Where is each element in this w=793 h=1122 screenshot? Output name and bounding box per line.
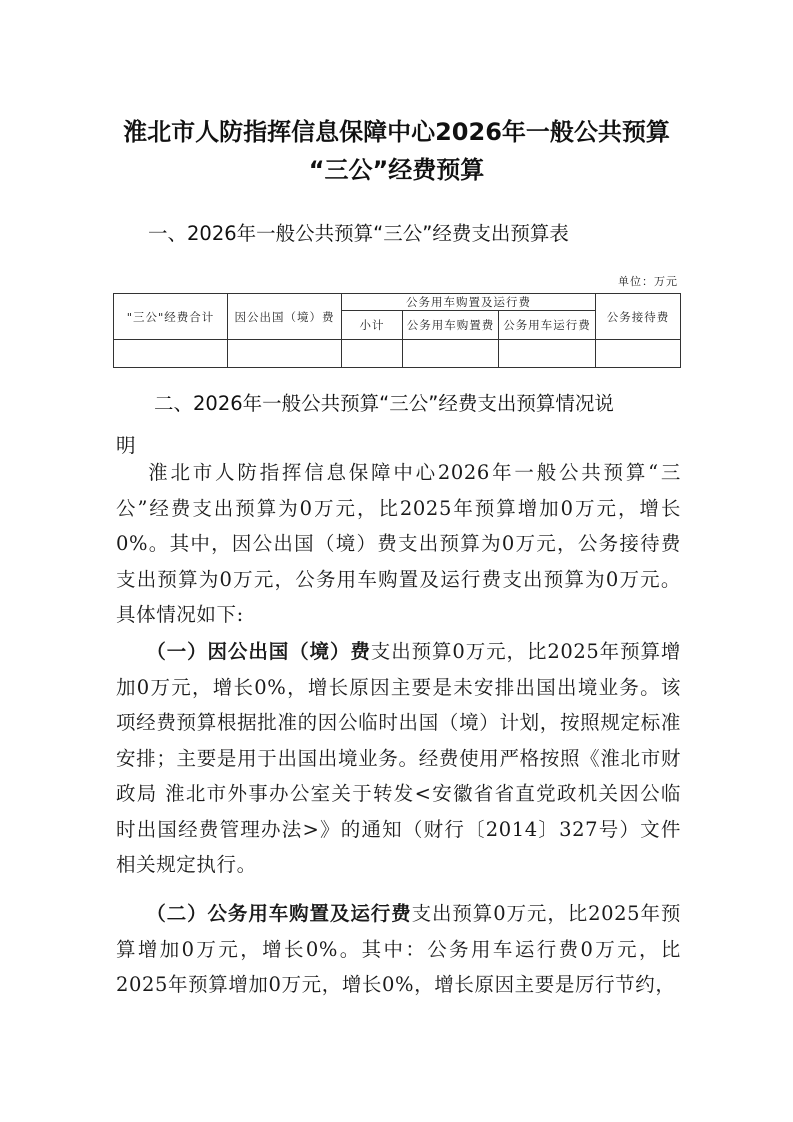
document-title-line1: 淮北市人防指挥信息保障中心2026年一般公共预算 — [0, 112, 793, 147]
header-vehicle-purchase: 公务用车购置费 — [403, 311, 499, 340]
header-vehicle-group: 公务用车购置及运行费 — [342, 294, 596, 311]
cell-total — [114, 340, 228, 368]
table-row — [114, 340, 681, 368]
item1-text: 支出预算0万元，比2025年预算增加0万元，增长0%，增长原因主要是未安排出国出… — [116, 640, 681, 876]
table-header-row: "三公"经费合计 因公出国（境）费 公务用车购置及运行费 公务接待费 — [114, 294, 681, 311]
cell-abroad — [228, 340, 342, 368]
section1-heading: 一、2026年一般公共预算“三公”经费支出预算表 — [148, 218, 569, 246]
item1-label: （一）因公出国（境）费 — [146, 640, 371, 663]
item2-paragraph: （二）公务用车购置及运行费支出预算0万元，比2025年预算增加0万元，增长0%。… — [116, 896, 681, 1003]
cell-vehicle-subtotal — [342, 340, 403, 368]
header-abroad: 因公出国（境）费 — [228, 294, 342, 340]
three-public-expenses-table: "三公"经费合计 因公出国（境）费 公务用车购置及运行费 公务接待费 小计 公务… — [113, 293, 681, 368]
cell-reception — [596, 340, 681, 368]
header-vehicle-operation: 公务用车运行费 — [499, 311, 596, 340]
section2-heading-line2: 明 — [116, 430, 136, 458]
intro-paragraph: 淮北市人防指挥信息保障中心2026年一般公共预算“三公”经费支出预算为0万元，比… — [116, 455, 681, 633]
unit-label: 单位：万元 — [618, 273, 678, 289]
cell-vehicle-operation — [499, 340, 596, 368]
item2-label: （二）公务用车购置及运行费 — [146, 902, 412, 925]
document-title-line2: “三公”经费预算 — [0, 150, 793, 185]
header-vehicle-subtotal: 小计 — [342, 311, 403, 340]
header-reception: 公务接待费 — [596, 294, 681, 340]
section2-heading-line1: 二、2026年一般公共预算“三公”经费支出预算情况说 — [154, 388, 614, 416]
item1-paragraph: （一）因公出国（境）费支出预算0万元，比2025年预算增加0万元，增长0%，增长… — [116, 634, 681, 883]
header-total: "三公"经费合计 — [114, 294, 228, 340]
cell-vehicle-purchase — [403, 340, 499, 368]
intro-text: 淮北市人防指挥信息保障中心2026年一般公共预算“三公”经费支出预算为0万元，比… — [116, 461, 681, 626]
